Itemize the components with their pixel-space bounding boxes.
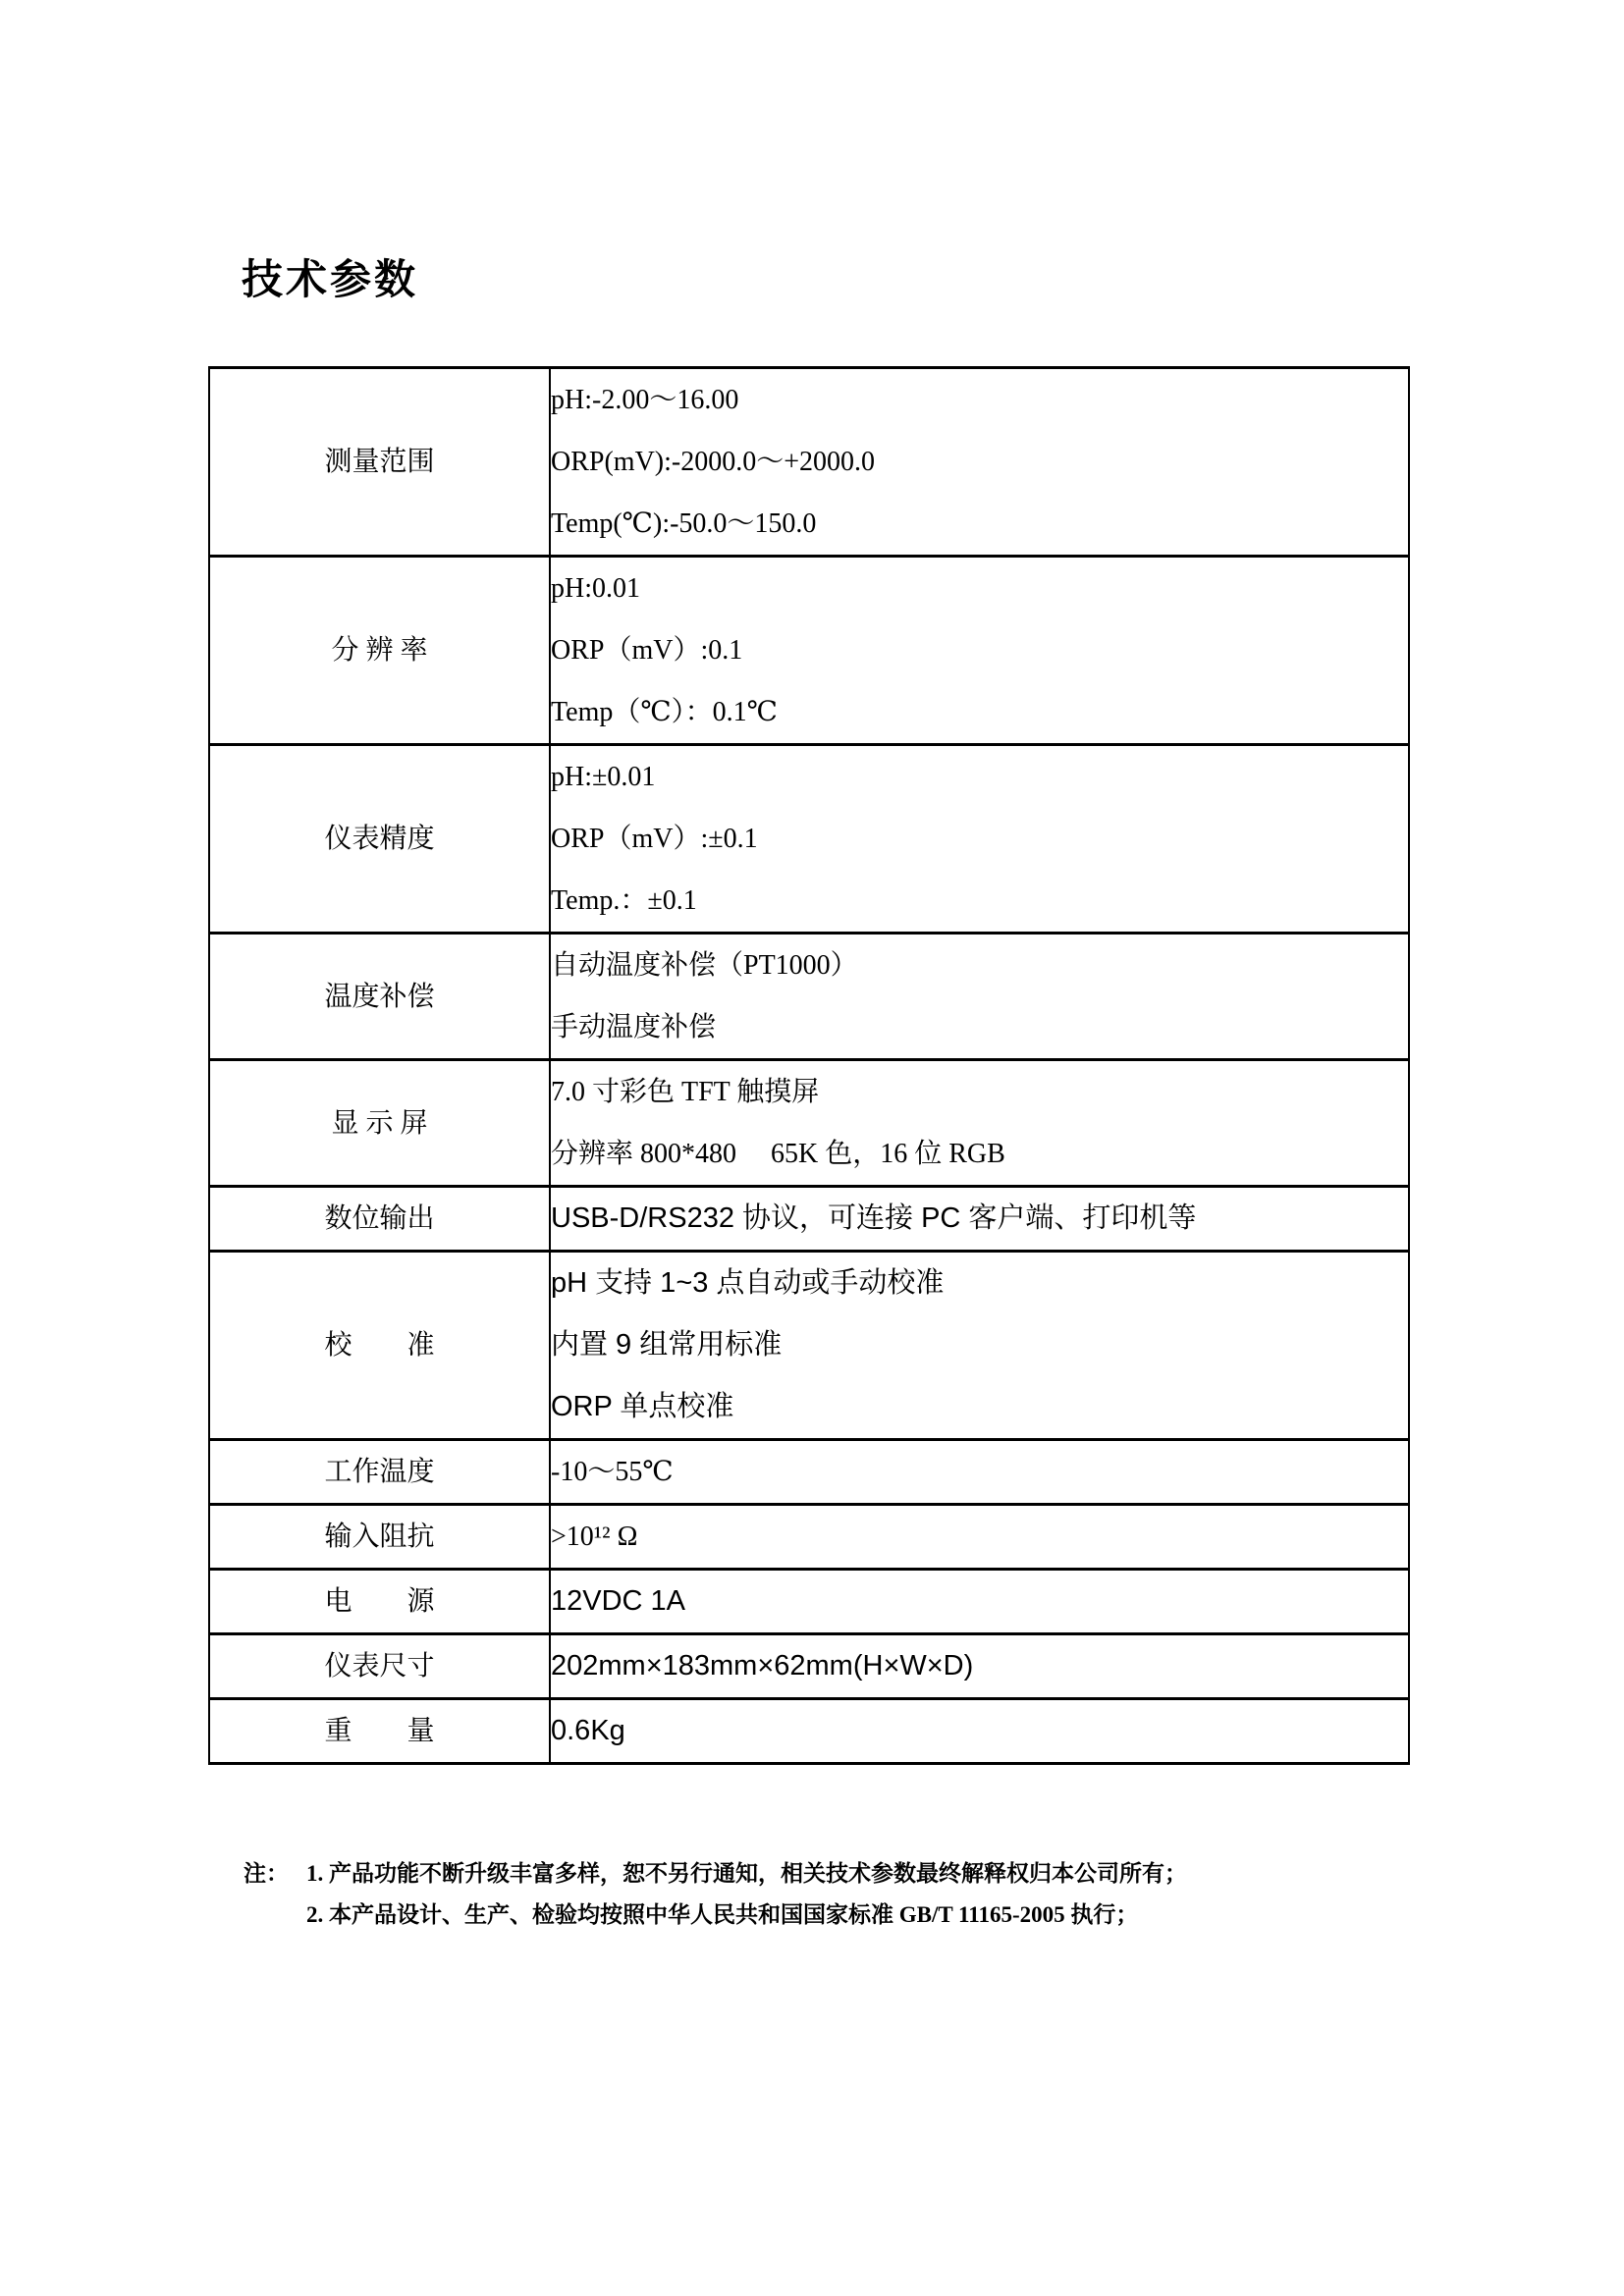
table-row: 输入阻抗 >10¹² Ω	[209, 1505, 1409, 1570]
page-title: 技术参数	[242, 247, 418, 306]
spec-label: 仪表尺寸	[209, 1634, 550, 1699]
document-page: 技术参数 测量范围 pH:-2.00～16.00 ORP(mV):-2000.0…	[0, 0, 1624, 2296]
spec-value: 12VDC 1A	[550, 1570, 1409, 1634]
spec-value: USB-D/RS232 协议，可连接 PC 客户端、打印机等	[550, 1187, 1409, 1252]
table-row: 校 准 pH 支持 1~3 点自动或手动校准 内置 9 组常用标准 ORP 单点…	[209, 1252, 1409, 1440]
note-prefix: 注：	[244, 1853, 306, 1895]
spec-label: 校 准	[209, 1252, 550, 1440]
table-row: 显 示 屏 7.0 寸彩色 TFT 触摸屏 分辨率 800*480 65K 色，…	[209, 1060, 1409, 1187]
spec-label: 分 辨 率	[209, 557, 550, 745]
table-row: 分 辨 率 pH:0.01 ORP（mV）:0.1 Temp（℃）：0.1℃	[209, 557, 1409, 745]
table-row: 工作温度 -10～55℃	[209, 1440, 1409, 1505]
table-row: 重 量 0.6Kg	[209, 1699, 1409, 1764]
table-row: 数位输出 USB-D/RS232 协议，可连接 PC 客户端、打印机等	[209, 1187, 1409, 1252]
spec-value: 0.6Kg	[550, 1699, 1409, 1764]
notes: 注：1. 产品功能不断升级丰富多样，恕不另行通知，相关技术参数最终解释权归本公司…	[244, 1853, 1187, 1936]
spec-value: pH:-2.00～16.00 ORP(mV):-2000.0～+2000.0 T…	[550, 368, 1409, 557]
spec-value: 自动温度补偿（PT1000） 手动温度补偿	[550, 934, 1409, 1060]
table-row: 仪表尺寸 202mm×183mm×62mm(H×W×D)	[209, 1634, 1409, 1699]
spec-label: 电 源	[209, 1570, 550, 1634]
spec-label: 数位输出	[209, 1187, 550, 1252]
spec-value: pH:0.01 ORP（mV）:0.1 Temp（℃）：0.1℃	[550, 557, 1409, 745]
spec-value: pH 支持 1~3 点自动或手动校准 内置 9 组常用标准 ORP 单点校准	[550, 1252, 1409, 1440]
spec-value: -10～55℃	[550, 1440, 1409, 1505]
spec-label: 显 示 屏	[209, 1060, 550, 1187]
spec-label: 输入阻抗	[209, 1505, 550, 1570]
spec-value: >10¹² Ω	[550, 1505, 1409, 1570]
spec-label: 仪表精度	[209, 745, 550, 934]
spec-value: 7.0 寸彩色 TFT 触摸屏 分辨率 800*480 65K 色，16 位 R…	[550, 1060, 1409, 1187]
table-row: 测量范围 pH:-2.00～16.00 ORP(mV):-2000.0～+200…	[209, 368, 1409, 557]
table-row: 仪表精度 pH:±0.01 ORP（mV）:±0.1 Temp.：±0.1	[209, 745, 1409, 934]
spec-label: 测量范围	[209, 368, 550, 557]
table-row: 温度补偿 自动温度补偿（PT1000） 手动温度补偿	[209, 934, 1409, 1060]
spec-value: 202mm×183mm×62mm(H×W×D)	[550, 1634, 1409, 1699]
spec-table: 测量范围 pH:-2.00～16.00 ORP(mV):-2000.0～+200…	[208, 366, 1410, 1765]
note-line-1: 注：1. 产品功能不断升级丰富多样，恕不另行通知，相关技术参数最终解释权归本公司…	[244, 1853, 1187, 1895]
note-line-2: 2. 本产品设计、生产、检验均按照中华人民共和国国家标准 GB/T 11165-…	[244, 1895, 1187, 1936]
spec-label: 工作温度	[209, 1440, 550, 1505]
spec-value: pH:±0.01 ORP（mV）:±0.1 Temp.：±0.1	[550, 745, 1409, 934]
table-row: 电 源 12VDC 1A	[209, 1570, 1409, 1634]
spec-label: 重 量	[209, 1699, 550, 1764]
note-item: 1. 产品功能不断升级丰富多样，恕不另行通知，相关技术参数最终解释权归本公司所有…	[306, 1861, 1187, 1886]
note-item: 2. 本产品设计、生产、检验均按照中华人民共和国国家标准 GB/T 11165-…	[306, 1902, 1138, 1927]
spec-label: 温度补偿	[209, 934, 550, 1060]
